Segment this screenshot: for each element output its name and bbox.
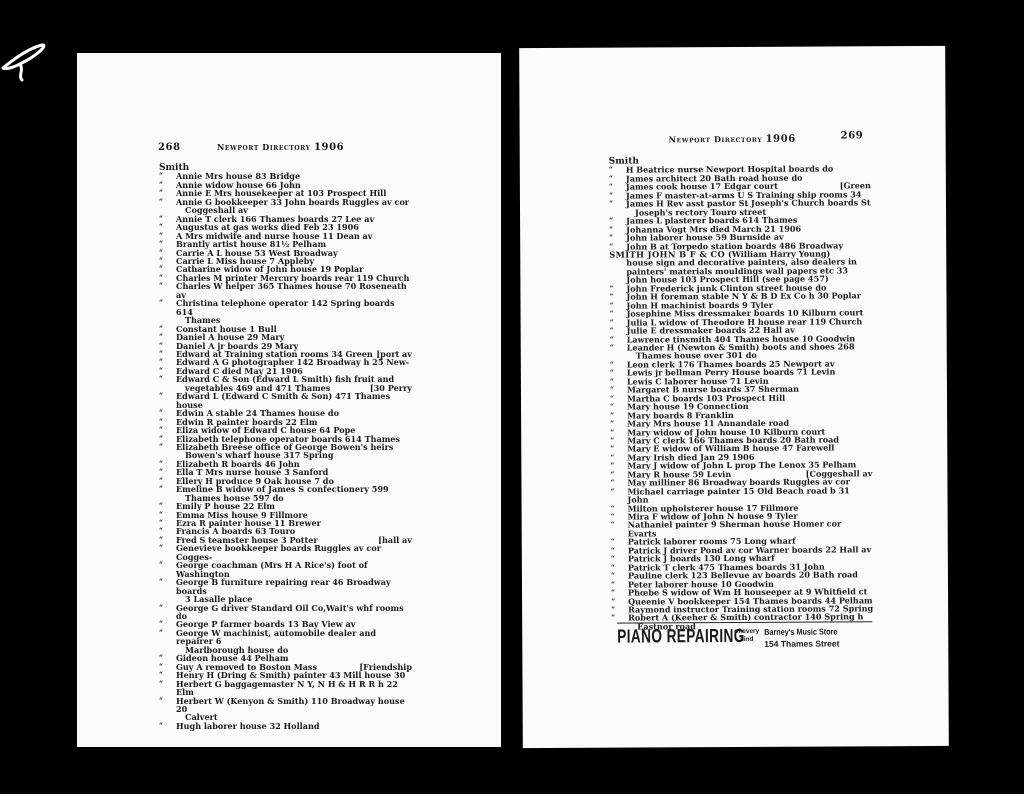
firm-entry: SMITH JOHN B F & CO (William Harry Young…: [609, 249, 871, 284]
entry-list: Smith “Annie Mrs house 83 Bridge“Annie w…: [159, 164, 412, 730]
ditto-mark: “: [610, 487, 614, 495]
directory-page-left: 268 Newport Directory 1906 Smith “Annie …: [77, 53, 501, 747]
ditto-mark: “: [159, 299, 163, 307]
directory-entry: “Genevieve bookkeeper boards Ruggles av …: [159, 544, 412, 561]
directory-entry: “George W machinist, automobile dealer a…: [159, 629, 412, 654]
entry-text: George W machinist, automobile dealer an…: [176, 628, 376, 646]
directory-entry: “James H Rev asst pastor St Joseph's Chu…: [609, 199, 871, 217]
directory-entry: “Herbert W (Kenyon & Smith) 110 Broadway…: [159, 697, 412, 722]
directory-entry: “Christina telephone operator 142 Spring…: [159, 299, 412, 324]
directory-entry: “Elizabeth Breese office of George Bowen…: [159, 443, 412, 460]
ad-headline: PIANO REPAIRING: [617, 626, 698, 648]
carryover-fragment: [hall av: [378, 536, 412, 544]
ditto-mark: “: [159, 544, 163, 552]
ditto-mark: “: [159, 392, 163, 400]
ditto-mark: “: [159, 443, 163, 451]
ditto-mark: “: [159, 604, 163, 612]
ad-store-name: Barney's Music Store: [764, 625, 837, 637]
ditto-mark: “: [159, 198, 163, 206]
ditto-mark: “: [610, 344, 614, 352]
ditto-mark: “: [159, 375, 163, 383]
entry-list: Smith “H Beatrice nurse Newport Hospital…: [609, 156, 873, 631]
ditto-mark: “: [159, 697, 163, 705]
ditto-mark: “: [159, 485, 163, 493]
directory-entry: “Charles W helper 365 Thames house 70 Ro…: [159, 282, 412, 299]
ditto-mark: “: [159, 578, 163, 586]
ad-store-address: 154 Thames Street: [764, 638, 839, 648]
directory-entry: “Edward L (Edward C Smith & Son) 471 Tha…: [159, 392, 412, 409]
directory-entry: “Herbert G baggagemaster N Y, N H & H R …: [159, 680, 412, 697]
directory-entry: “Hugh laborer house 32 Holland: [159, 722, 412, 730]
entry-text: Herbert G baggagemaster N Y, N H & H R R…: [176, 679, 398, 697]
entry-text: George B furniture repairing rear 46 Bro…: [176, 577, 391, 595]
directory-entry: “George B furniture repairing rear 46 Br…: [159, 578, 412, 603]
ditto-mark: “: [609, 200, 613, 208]
entry-text: George G driver Standard Oil Co,Wait's w…: [176, 603, 404, 621]
directory-entry: “George coachman (Mrs H A Rice's) foot o…: [159, 561, 412, 578]
entry-text: Charles W helper 365 Thames house 70 Ros…: [176, 281, 407, 299]
running-head: Newport Directory 1906 269: [519, 46, 945, 48]
directory-entry: “George G driver Standard Oil Co,Wait's …: [159, 604, 412, 621]
ad-store: Barney's Music Store 154 Thames Street: [764, 625, 850, 649]
firm-description: house sign and decorative painters, also…: [609, 258, 871, 285]
entry-text: Christina telephone operator 142 Spring …: [176, 298, 395, 316]
ditto-mark: “: [611, 614, 615, 622]
directory-entry: “Michael carriage painter 15 Old Beach r…: [610, 486, 872, 504]
ditto-mark: “: [159, 561, 163, 569]
entry-text: Hugh laborer house 32 Holland: [176, 721, 320, 731]
ditto-mark: “: [159, 722, 163, 730]
running-head-title: Newport Directory 1906: [217, 142, 344, 153]
ditto-mark: “: [159, 282, 163, 290]
entry-text: George coachman (Mrs H A Rice's) foot of…: [176, 560, 368, 578]
ditto-mark: “: [159, 629, 163, 637]
directory-entry: “Nathaniel painter 9 Sherman house Homer…: [611, 520, 873, 538]
directory-page-right: Newport Directory 1906 269 Smith “H Beat…: [519, 46, 949, 748]
running-head-title: Newport Directory 1906: [669, 134, 796, 146]
directory-entry: “Edward C & Son (Edward L Smith) fish fr…: [159, 375, 412, 392]
advertisement: PIANO REPAIRING of every kind Barney's M…: [617, 621, 872, 650]
directory-entry: “Annie G bookkeeper 33 John boards Ruggl…: [159, 198, 412, 215]
page-number: 268: [158, 142, 181, 153]
entry-text: Herbert W (Kenyon & Smith) 110 Broadway …: [176, 696, 405, 714]
handwritten-mark-icon: [0, 40, 50, 90]
ditto-mark: “: [159, 680, 163, 688]
page-number: 269: [841, 130, 864, 141]
entry-text: Genevieve bookkeeper boards Ruggles av c…: [176, 543, 381, 561]
ditto-mark: “: [611, 521, 615, 529]
directory-entry: “Emeline B widow of James S confectioner…: [159, 485, 412, 502]
entry-text: Edward L (Edward C Smith & Son) 471 Tham…: [176, 391, 390, 409]
